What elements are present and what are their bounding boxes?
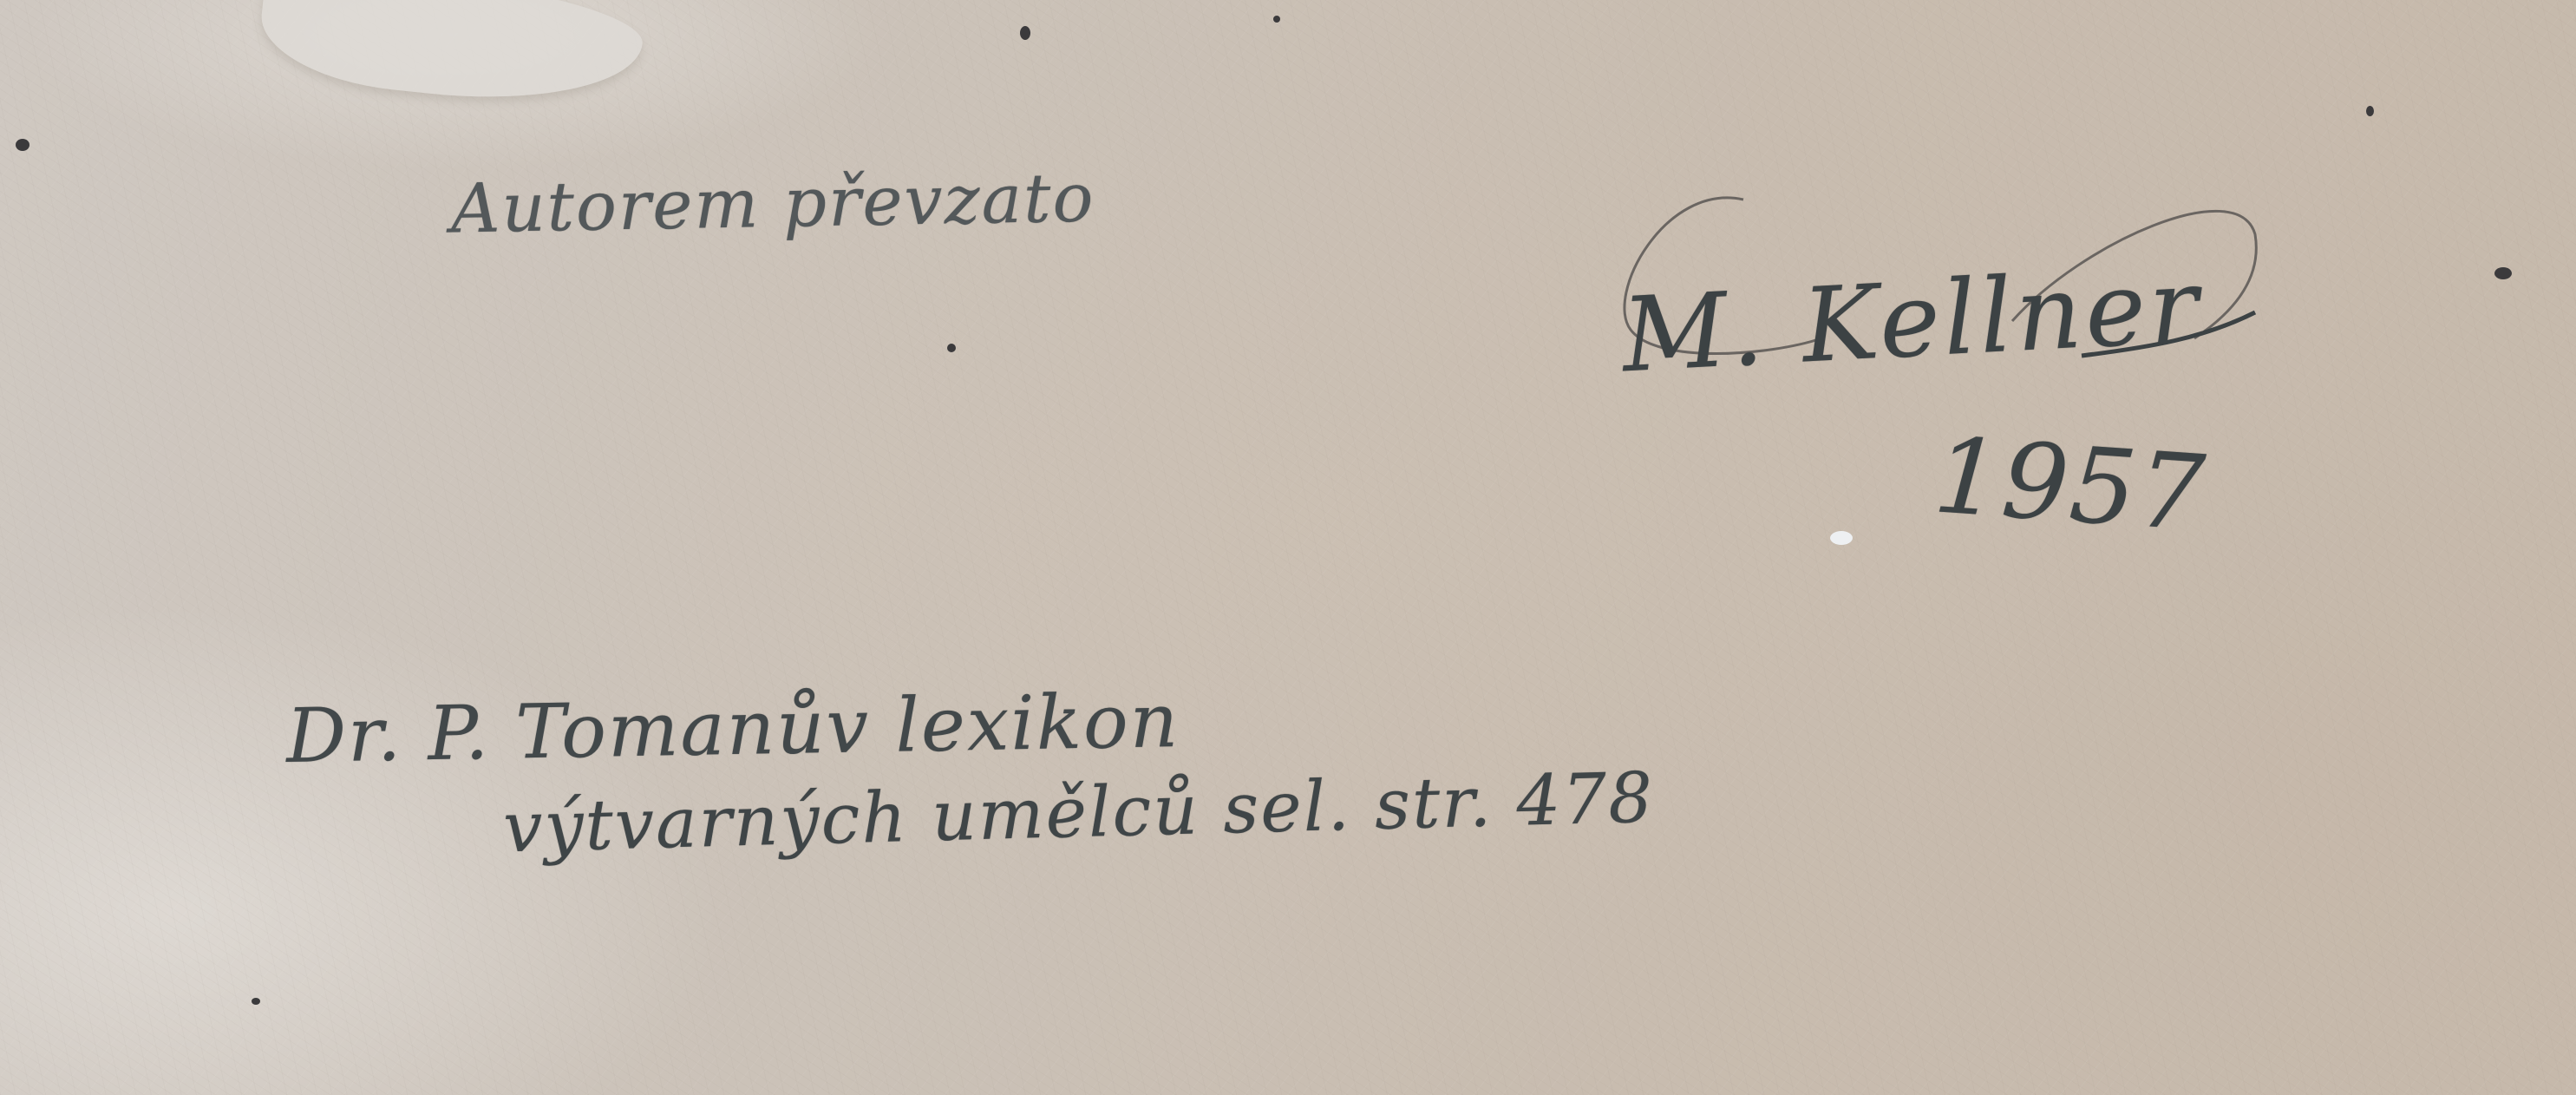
paint-fleck bbox=[1830, 531, 1853, 545]
cardboard-back: Autorem převzato M. Kellner 1957 Dr. P. … bbox=[0, 0, 2576, 1095]
signature-year: 1957 bbox=[1931, 416, 2210, 555]
ink-speck bbox=[16, 139, 29, 151]
ink-speck bbox=[2366, 106, 2374, 116]
ink-speck bbox=[947, 344, 956, 352]
ink-speck bbox=[1273, 16, 1280, 23]
ink-speck bbox=[252, 998, 260, 1005]
inscription-line-1: Autorem převzato bbox=[450, 160, 1095, 249]
reference-line-2: výtvarných umělců sel. str. 478 bbox=[502, 757, 1655, 869]
torn-paper-patch bbox=[255, 0, 646, 115]
ink-speck bbox=[1020, 26, 1030, 40]
artist-signature: M. Kellner bbox=[1619, 246, 2205, 396]
reference-line-1: Dr. P. Tomanův lexikon bbox=[285, 678, 1180, 780]
ink-speck bbox=[2494, 267, 2512, 279]
